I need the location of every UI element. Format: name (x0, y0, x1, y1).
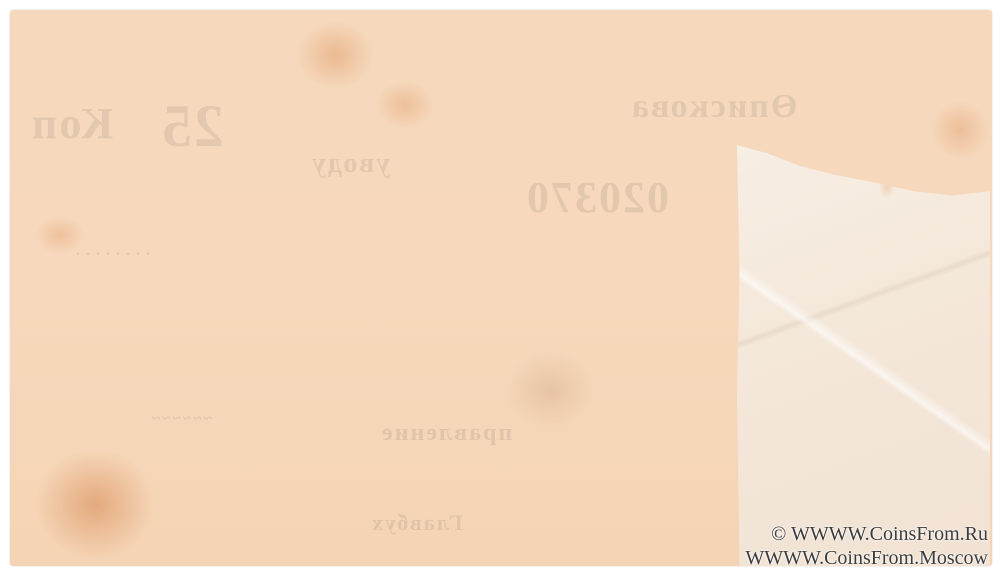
show-through-serial: 020370 (525, 172, 669, 223)
copyright-watermark: © WWWW.CoinsFrom.Ru WWWW.CoinsFrom.Mosco… (745, 522, 988, 570)
torn-paper-patch (737, 145, 990, 566)
show-through-signature: ~~~~~~ (150, 410, 212, 428)
show-through-print: Главбух (370, 510, 463, 536)
show-through-print: Коп (30, 98, 113, 149)
show-through-denomination: 25 (160, 92, 224, 161)
watermark-line-1: © WWWW.CoinsFrom.Ru (745, 522, 988, 546)
watermark-line-2: WWWW.CoinsFrom.Moscow (745, 546, 988, 570)
show-through-print: Ѳпискова (630, 88, 797, 126)
show-through-print: правление (380, 420, 512, 447)
show-through-print: уводу (310, 148, 390, 180)
show-through-print: ........ (70, 242, 150, 260)
